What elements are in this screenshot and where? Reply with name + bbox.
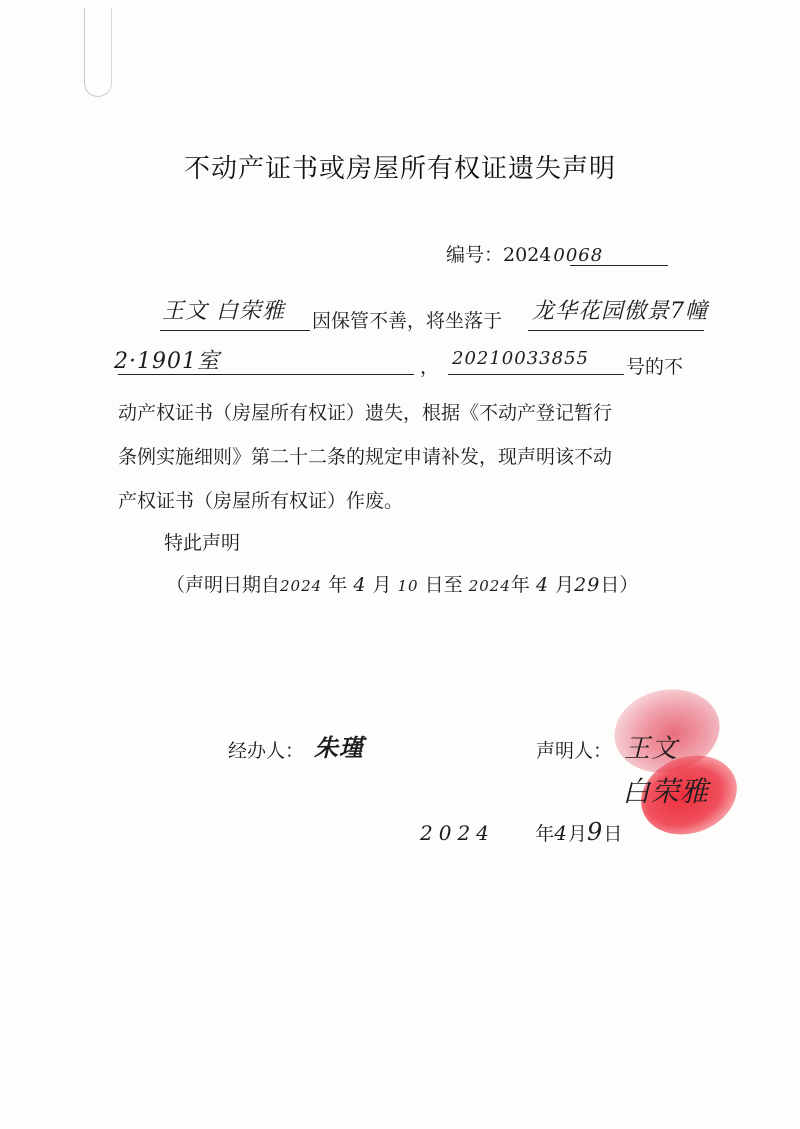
sign-day-handwritten: 9: [587, 818, 603, 846]
start-year-handwritten: 2024: [280, 577, 322, 595]
sign-month-label: 月: [568, 823, 587, 845]
day-label-2: 日）: [600, 574, 638, 596]
serial-label: 编号：: [446, 244, 503, 266]
page-title: 不动产证书或房屋所有权证遗失声明: [0, 148, 800, 185]
sign-day-label: 日: [603, 823, 622, 845]
body-text-line2: 号的不: [626, 352, 683, 379]
serial-prefix: 2024: [503, 244, 551, 266]
declarant-signature-line2: 白荣雅: [622, 770, 709, 810]
start-month-handwritten: 4: [353, 574, 366, 596]
certificate-number-underline: [448, 374, 624, 375]
certificate-number-handwritten: 20210033855: [452, 348, 589, 369]
body-text-line3: 动产权证书（房屋所有权证）遗失，根据《不动产登记暂行: [118, 398, 612, 425]
period-open: （声明日期自: [166, 574, 280, 596]
handler-label: 经办人：: [228, 736, 304, 763]
month-label-1: 月: [372, 574, 391, 596]
month-label-2: 月: [555, 574, 574, 596]
body-text-line1: 因保管不善，将坐落于: [312, 306, 502, 333]
address-handwritten-part1: 龙华花园傲景7幢: [532, 294, 708, 325]
binder-hole-mark: [84, 8, 112, 97]
day-label-1: 日至: [425, 574, 463, 596]
sign-year-label: 年: [535, 823, 554, 845]
comma-separator: ，: [420, 352, 439, 379]
closing-statement: 特此声明: [164, 528, 240, 555]
end-year-handwritten: 2024: [469, 577, 511, 595]
serial-number: 编号：20240068: [446, 240, 603, 267]
address-underline-1: [528, 330, 704, 331]
serial-underline: [570, 265, 668, 266]
handler-signature: 朱瑾: [314, 728, 364, 763]
address-underline-2: [118, 374, 414, 375]
body-text-line5: 产权证书（房屋所有权证）作废。: [118, 486, 403, 513]
declarant-signature-line1: 王文: [624, 728, 678, 765]
body-text-line4: 条例实施细则》第二十二条的规定申请补发，现声明该不动: [118, 442, 612, 469]
declaration-period: （声明日期自2024 年 4 月 10 日至 2024年 4 月29日）: [166, 570, 638, 597]
start-day-handwritten: 10: [398, 577, 419, 595]
declarant-name-handwritten: 王文 白荣雅: [162, 294, 285, 325]
year-label-1: 年: [328, 574, 347, 596]
declarant-label: 声明人：: [536, 736, 612, 763]
end-day-handwritten: 29: [574, 574, 600, 596]
sign-month-handwritten: 4: [554, 821, 568, 845]
year-label-2: 年: [511, 574, 530, 596]
declarant-name-underline: [160, 330, 310, 331]
sign-year-handwritten: 2024: [420, 821, 495, 845]
sign-date: 2024 年4月9日: [420, 818, 622, 846]
address-handwritten-part2: 2·1901室: [114, 344, 220, 375]
end-month-handwritten: 4: [536, 574, 549, 596]
serial-handwritten-value: 0068: [553, 245, 603, 266]
